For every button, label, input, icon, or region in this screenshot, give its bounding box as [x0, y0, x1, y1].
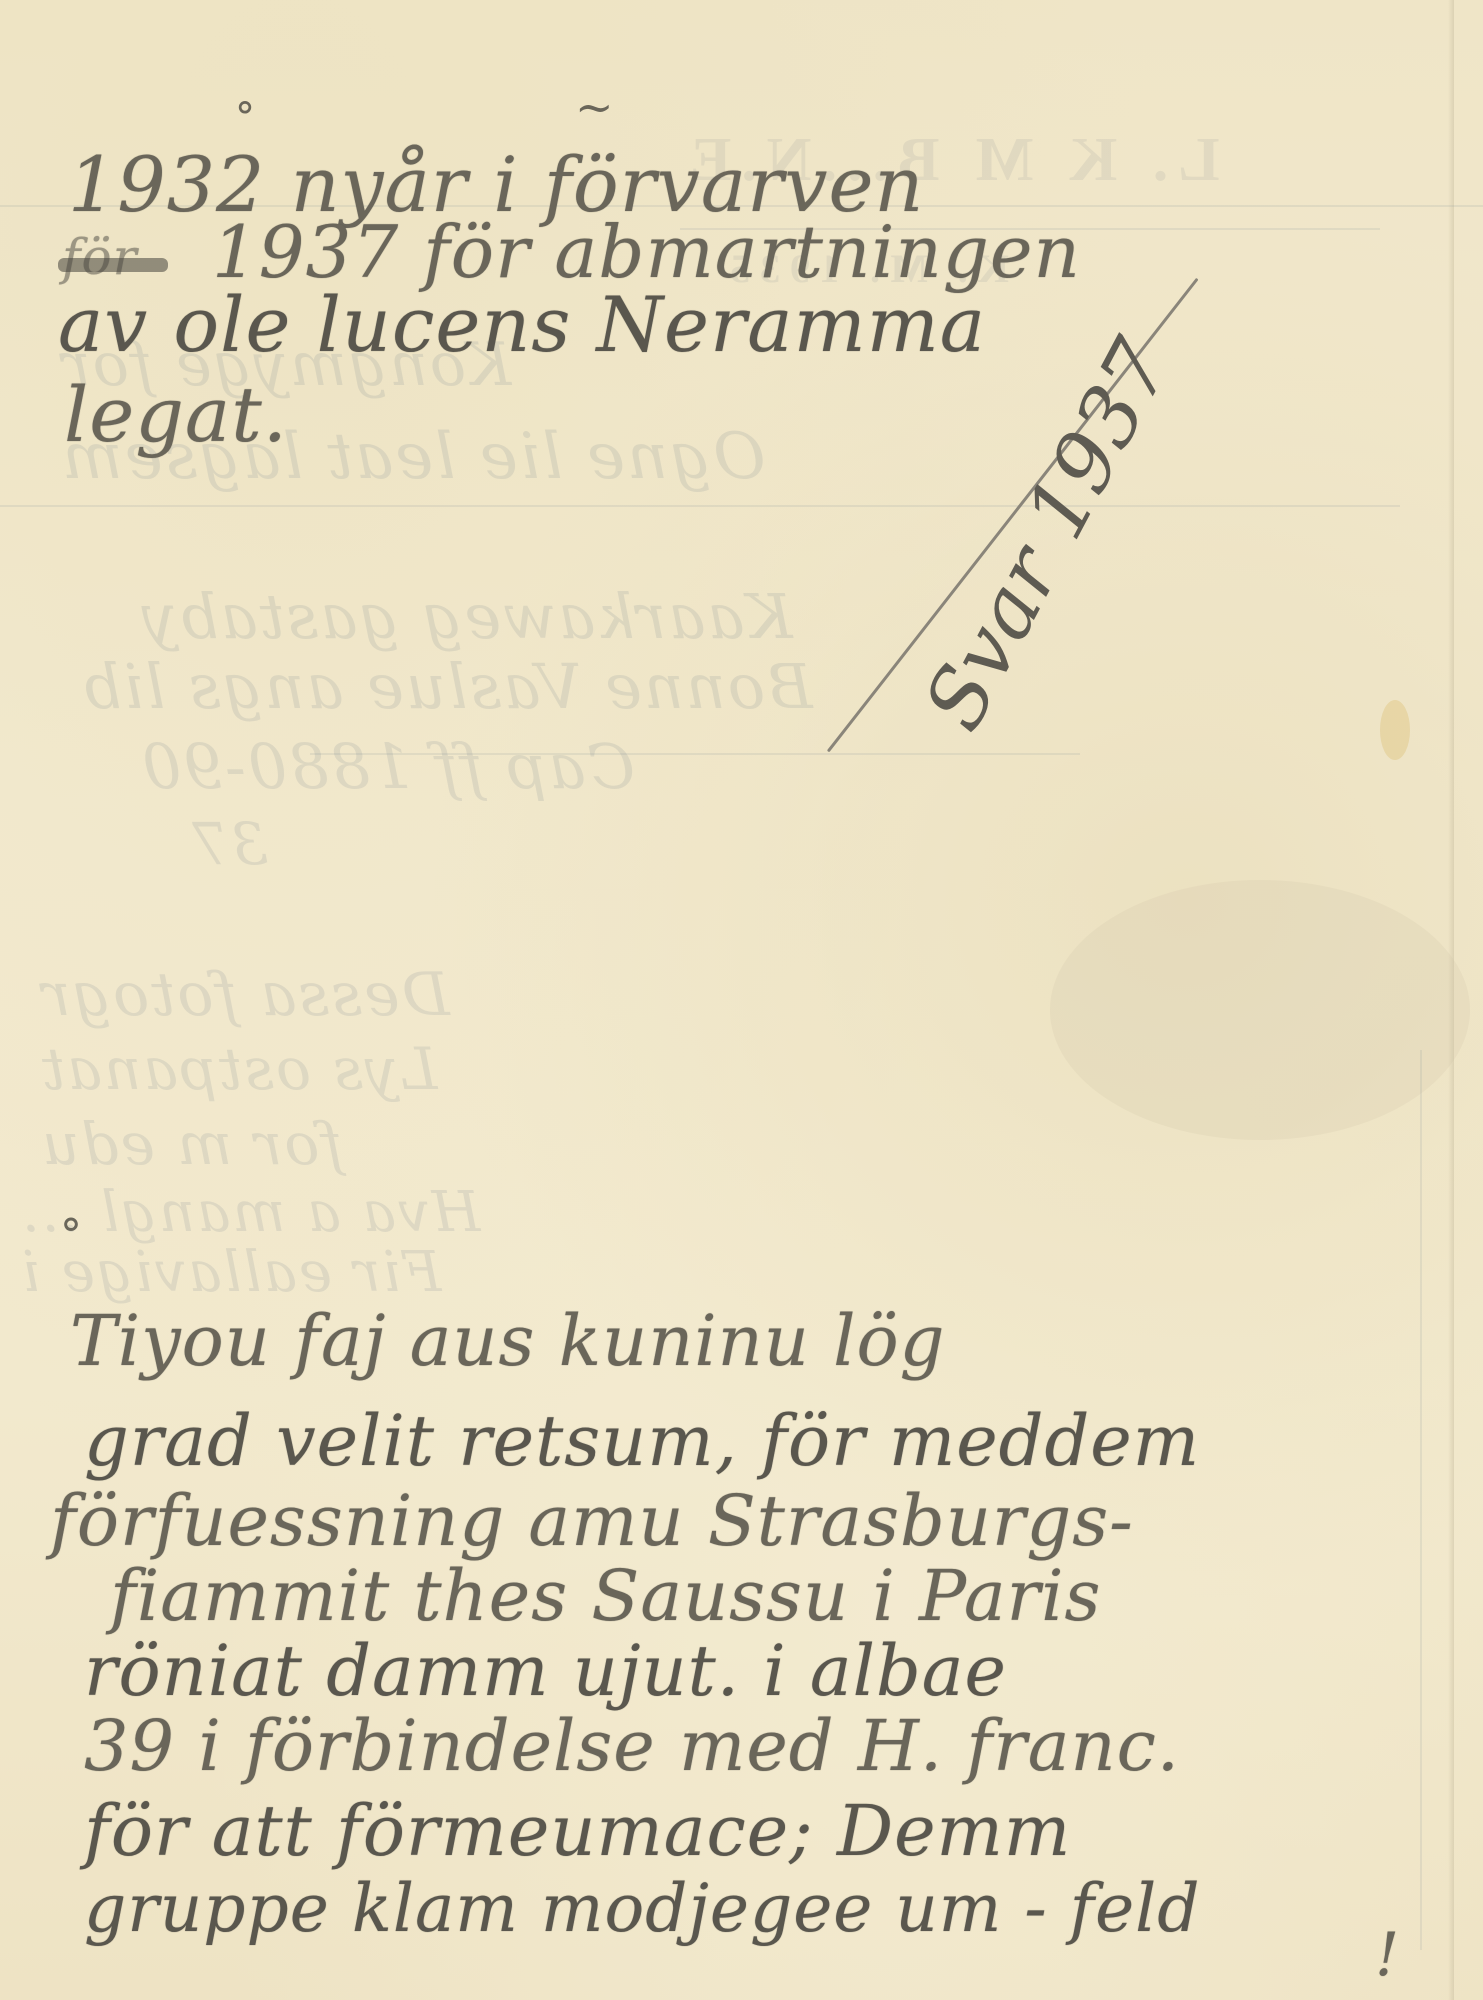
top-note-line-4: legat.: [64, 370, 288, 459]
letter-page: L. K M B...N.E K. M. 1935 Kongmyge for O…: [0, 0, 1483, 2000]
body-line-8: gruppe klam modjegee um - feld: [84, 1870, 1201, 1947]
bleed-through-line: Dessa fotogr: [40, 960, 450, 1030]
struck-out-word: för: [62, 228, 138, 286]
paper-stain: [1380, 700, 1410, 760]
page-right-edge: [1448, 0, 1454, 2000]
ruled-line: [1420, 1050, 1422, 1950]
ruled-line: [0, 505, 1400, 507]
top-note-line-3: av ole lucens Neramma: [58, 280, 986, 369]
bleed-through-line: Fir eallavige i: [20, 1240, 441, 1305]
body-line-4: fiammit thes Saussu i Paris: [110, 1555, 1101, 1637]
paper-fold-shadow: [1050, 880, 1470, 1140]
strike-through-mark: [58, 258, 168, 272]
body-line-5: röniat damm ujut. i albae: [84, 1630, 1007, 1712]
bleed-through-line: Bonne Vaslue angs lib: [80, 650, 813, 723]
body-line-7: för att förmeumace; Demm: [84, 1790, 1071, 1872]
bleed-through-line: Cap ff 1880-90: [140, 730, 635, 803]
body-line-1: Tiyou faj aus kuninu lög: [70, 1300, 945, 1382]
closing-exclamation: !: [1375, 1920, 1400, 1990]
reply-annotation: Svar 1937: [906, 325, 1190, 745]
bleed-through-line: Lys ostpanat: [40, 1035, 437, 1103]
body-line-3: förfuessning amu Strasburgs-: [50, 1480, 1134, 1562]
bleed-through-line: for m edu: [40, 1110, 343, 1178]
bleed-through-line: Kaarkaweg gastaby: [140, 580, 793, 653]
body-accent-mark: °: [60, 1210, 82, 1261]
tilde-accent-mark: ~: [575, 80, 614, 134]
body-line-6: 39 i förbindelse med H. franc.: [84, 1705, 1180, 1787]
bleed-through-line: 37: [190, 810, 268, 878]
bleed-through-line: Hva a mangl ...: [20, 1180, 480, 1245]
ring-accent-mark: °: [235, 95, 255, 141]
body-line-2: grad velit retsum, för meddem: [84, 1400, 1200, 1482]
